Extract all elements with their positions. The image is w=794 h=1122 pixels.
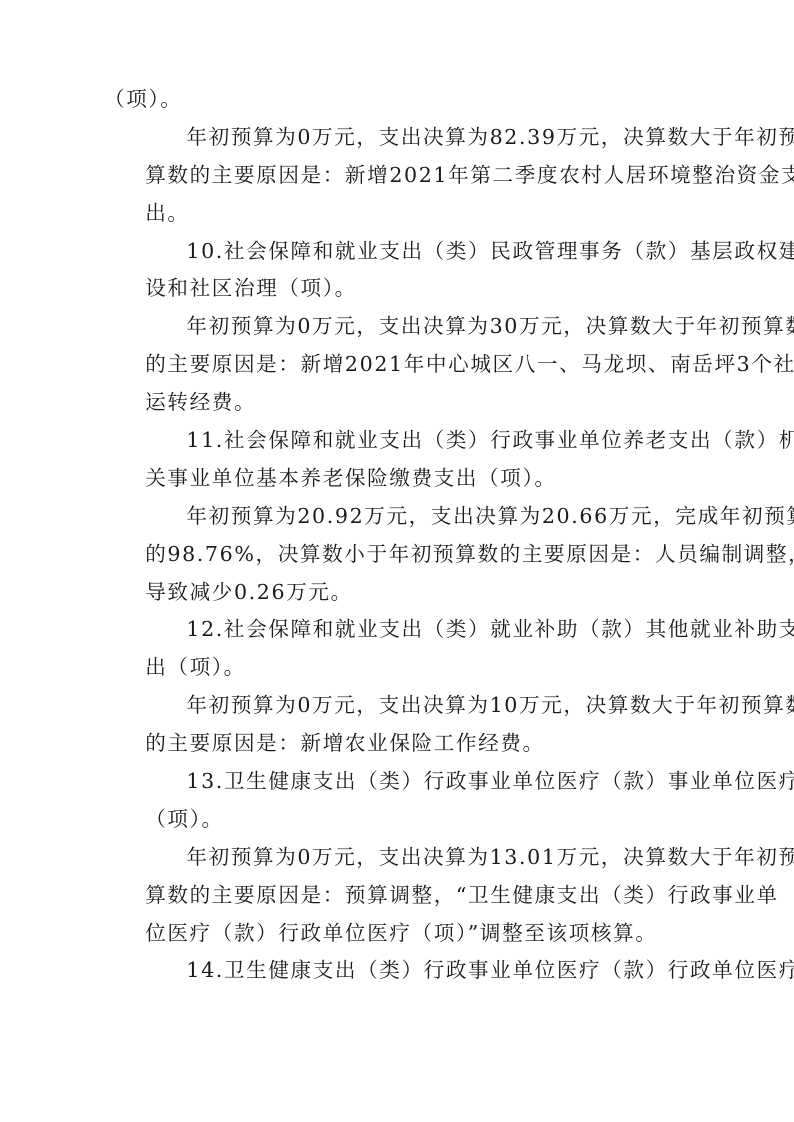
text-line: （项）。 [104,81,686,119]
text-line: 出（项）。 [104,649,686,687]
text-line: 导致减少0.26万元。 [104,574,686,612]
item-11-body: 年初预算为20.92万元，支出决算为20.66万元，完成年初预算 的98.76%… [104,498,686,612]
text-line: 出。 [104,195,686,233]
text-line: 14.卫生健康支出（类）行政事业单位医疗（款）行政单位医疗 [104,952,686,990]
item-9-body: 年初预算为0万元，支出决算为82.39万元，决算数大于年初预 算数的主要原因是：… [104,119,686,233]
item-14-heading: 14.卫生健康支出（类）行政事业单位医疗（款）行政单位医疗 [104,952,686,990]
item-11-heading: 11.社会保障和就业支出（类）行政事业单位养老支出（款）机 关事业单位基本养老保… [104,422,686,498]
text-line: 设和社区治理（项）。 [104,270,686,308]
text-line: 的98.76%，决算数小于年初预算数的主要原因是：人员编制调整， [104,536,686,574]
text-line: 年初预算为0万元，支出决算为10万元，决算数大于年初预算数 [104,687,686,725]
text-line: 13.卫生健康支出（类）行政事业单位医疗（款）事业单位医疗 [104,763,686,801]
text-line: 年初预算为20.92万元，支出决算为20.66万元，完成年初预算 [104,498,686,536]
text-line: 11.社会保障和就业支出（类）行政事业单位养老支出（款）机 [104,422,686,460]
item-13-body: 年初预算为0万元，支出决算为13.01万元，决算数大于年初预 算数的主要原因是：… [104,839,686,953]
item-13-heading: 13.卫生健康支出（类）行政事业单位医疗（款）事业单位医疗 （项）。 [104,763,686,839]
text-line: 算数的主要原因是：新增2021年第二季度农村人居环境整治资金支 [104,157,686,195]
item-10-heading: 10.社会保障和就业支出（类）民政管理事务（款）基层政权建 设和社区治理（项）。 [104,233,686,309]
text-line: 算数的主要原因是：预算调整，“卫生健康支出（类）行政事业单 [104,877,686,915]
text-line: 关事业单位基本养老保险缴费支出（项）。 [104,460,686,498]
text-line: 年初预算为0万元，支出决算为13.01万元，决算数大于年初预 [104,839,686,877]
text-line: 的主要原因是：新增农业保险工作经费。 [104,725,686,763]
text-line: 12.社会保障和就业支出（类）就业补助（款）其他就业补助支 [104,611,686,649]
item-12-body: 年初预算为0万元，支出决算为10万元，决算数大于年初预算数 的主要原因是：新增农… [104,687,686,763]
text-line: （项）。 [104,801,686,839]
item-9-heading-continuation: （项）。 [104,81,686,119]
text-line: 的主要原因是：新增2021年中心城区八一、马龙坝、南岳坪3个社区 [104,346,686,384]
text-line: 位医疗（款）行政单位医疗（项）”调整至该项核算。 [104,915,686,953]
document-page: （项）。 年初预算为0万元，支出决算为82.39万元，决算数大于年初预 算数的主… [104,81,686,990]
text-line: 年初预算为0万元，支出决算为82.39万元，决算数大于年初预 [104,119,686,157]
text-line: 运转经费。 [104,384,686,422]
text-line: 年初预算为0万元，支出决算为30万元，决算数大于年初预算数 [104,308,686,346]
item-12-heading: 12.社会保障和就业支出（类）就业补助（款）其他就业补助支 出（项）。 [104,611,686,687]
text-line: 10.社会保障和就业支出（类）民政管理事务（款）基层政权建 [104,233,686,271]
item-10-body: 年初预算为0万元，支出决算为30万元，决算数大于年初预算数 的主要原因是：新增2… [104,308,686,422]
